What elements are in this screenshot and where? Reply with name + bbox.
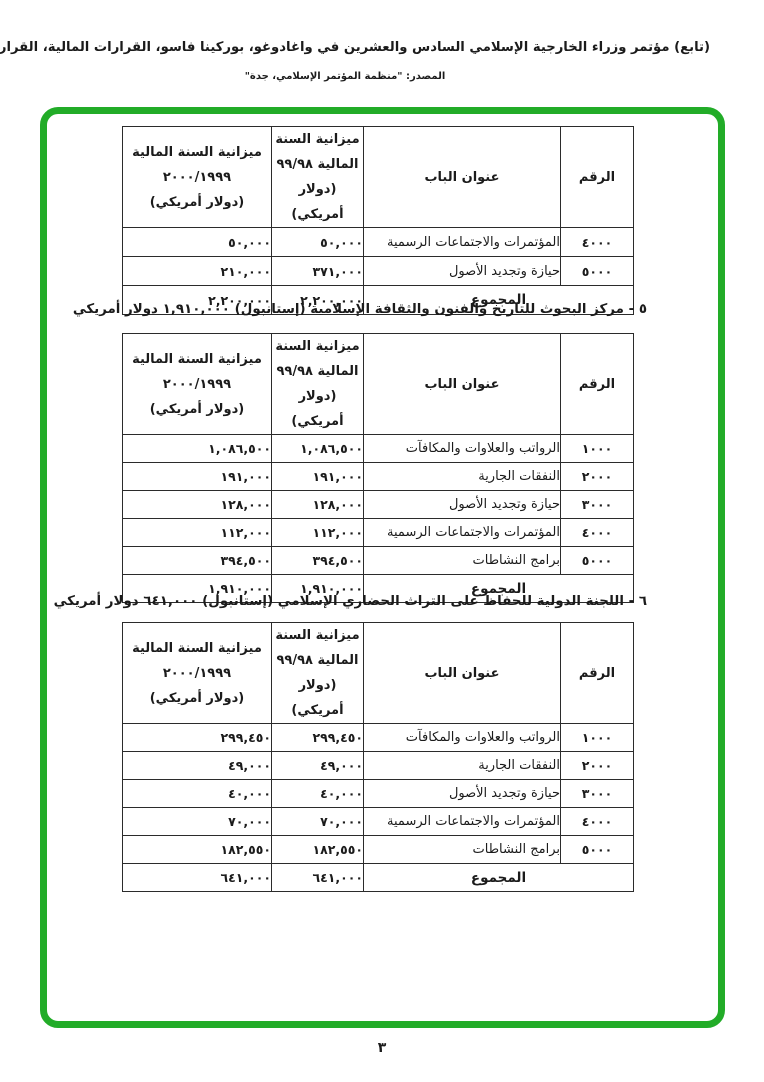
table-row: ٣٠٠٠حيازة وتجديد الأصول١٢٨,٠٠٠١٢٨,٠٠٠ (123, 491, 634, 519)
table-row: ٣٠٠٠حيازة وتجديد الأصول٤٠,٠٠٠٤٠,٠٠٠ (123, 780, 634, 808)
chapter-title-cell: المؤتمرات والاجتماعات الرسمية (364, 808, 561, 836)
document-header-line: (تابع) مؤتمر وزراء الخارجية الإسلامي الس… (0, 40, 710, 55)
col-header-budget-98-99: ميزانية السنة المالية ٩٩/٩٨ (دولار أمريك… (272, 334, 364, 435)
row-number-cell: ٥٠٠٠ (561, 547, 634, 575)
col-header-budget-1999-2000: ميزانية السنة المالية ٢٠٠٠/١٩٩٩ (دولار أ… (123, 623, 272, 724)
chapter-title-cell: الرواتب والعلاوات والمكافآت (364, 435, 561, 463)
row-number-cell: ١٠٠٠ (561, 435, 634, 463)
budget-1999-2000-cell: ٥٠,٠٠٠ (123, 228, 272, 257)
chapter-title-cell: حيازة وتجديد الأصول (364, 780, 561, 808)
section-6-title: ٦ - اللجنة الدولية للحفاظ على التراث الح… (54, 594, 647, 609)
budget-1999-2000-cell: ٤٩,٠٠٠ (123, 752, 272, 780)
total-label-cell: المجموع (364, 864, 634, 892)
budget-table: الرقمعنوان البابميزانية السنة المالية ٩٩… (122, 126, 634, 315)
source-line: المصدر: "منظمة المؤتمر الإسلامي، جدة" (180, 71, 510, 82)
budget-98-99-cell: ٣٩٤,٥٠٠ (272, 547, 364, 575)
col-header-budget-98-99: ميزانية السنة المالية ٩٩/٩٨ (دولار أمريك… (272, 127, 364, 228)
budget-table-heritage-committee: الرقمعنوان البابميزانية السنة المالية ٩٩… (122, 622, 634, 892)
total-budget-98-99-cell: ٦٤١,٠٠٠ (272, 864, 364, 892)
budget-1999-2000-cell: ٢١٠,٠٠٠ (123, 257, 272, 286)
budget-1999-2000-cell: ١٩١,٠٠٠ (123, 463, 272, 491)
table-row: ٤٠٠٠المؤتمرات والاجتماعات الرسمية٥٠,٠٠٠٥… (123, 228, 634, 257)
budget-1999-2000-cell: ١١٢,٠٠٠ (123, 519, 272, 547)
col-header-chapter: عنوان الباب (364, 127, 561, 228)
table-row: ٥٠٠٠حيازة وتجديد الأصول٣٧١,٠٠٠٢١٠,٠٠٠ (123, 257, 634, 286)
col-header-number: الرقم (561, 334, 634, 435)
budget-1999-2000-cell: ١٢٨,٠٠٠ (123, 491, 272, 519)
col-header-number: الرقم (561, 623, 634, 724)
table-row: ٢٠٠٠النفقات الجارية١٩١,٠٠٠١٩١,٠٠٠ (123, 463, 634, 491)
page-number: ٣ (0, 1040, 764, 1056)
chapter-title-cell: حيازة وتجديد الأصول (364, 257, 561, 286)
budget-1999-2000-cell: ١٨٢,٥٥٠ (123, 836, 272, 864)
chapter-title-cell: النفقات الجارية (364, 752, 561, 780)
budget-98-99-cell: ١١٢,٠٠٠ (272, 519, 364, 547)
chapter-title-cell: برامج النشاطات (364, 547, 561, 575)
budget-98-99-cell: ٤٩,٠٠٠ (272, 752, 364, 780)
table-header-row: الرقمعنوان البابميزانية السنة المالية ٩٩… (123, 334, 634, 435)
budget-1999-2000-cell: ١,٠٨٦,٥٠٠ (123, 435, 272, 463)
table-row: ٤٠٠٠المؤتمرات والاجتماعات الرسمية١١٢,٠٠٠… (123, 519, 634, 547)
chapter-title-cell: المؤتمرات والاجتماعات الرسمية (364, 519, 561, 547)
row-number-cell: ٢٠٠٠ (561, 752, 634, 780)
chapter-title-cell: برامج النشاطات (364, 836, 561, 864)
total-budget-1999-2000-cell: ٦٤١,٠٠٠ (123, 864, 272, 892)
row-number-cell: ٤٠٠٠ (561, 808, 634, 836)
budget-98-99-cell: ٤٠,٠٠٠ (272, 780, 364, 808)
chapter-title-cell: حيازة وتجديد الأصول (364, 491, 561, 519)
budget-table: الرقمعنوان البابميزانية السنة المالية ٩٩… (122, 622, 634, 892)
col-header-chapter: عنوان الباب (364, 334, 561, 435)
row-number-cell: ٤٠٠٠ (561, 519, 634, 547)
budget-1999-2000-cell: ٧٠,٠٠٠ (123, 808, 272, 836)
row-number-cell: ١٠٠٠ (561, 724, 634, 752)
budget-98-99-cell: ١,٠٨٦,٥٠٠ (272, 435, 364, 463)
row-number-cell: ٥٠٠٠ (561, 836, 634, 864)
section-5-title: ٥ - مركز البحوث للتاريخ والفنون والثقافة… (73, 302, 647, 317)
budget-table-ircica: الرقمعنوان البابميزانية السنة المالية ٩٩… (122, 333, 634, 603)
row-number-cell: ٢٠٠٠ (561, 463, 634, 491)
budget-98-99-cell: ١٩١,٠٠٠ (272, 463, 364, 491)
table-row: ٥٠٠٠برامج النشاطات١٨٢,٥٥٠١٨٢,٥٥٠ (123, 836, 634, 864)
table-header-row: الرقمعنوان البابميزانية السنة المالية ٩٩… (123, 127, 634, 228)
col-header-chapter: عنوان الباب (364, 623, 561, 724)
col-header-number: الرقم (561, 127, 634, 228)
col-header-budget-1999-2000: ميزانية السنة المالية ٢٠٠٠/١٩٩٩ (دولار أ… (123, 127, 272, 228)
budget-98-99-cell: ١٢٨,٠٠٠ (272, 491, 364, 519)
chapter-title-cell: الرواتب والعلاوات والمكافآت (364, 724, 561, 752)
budget-98-99-cell: ١٨٢,٥٥٠ (272, 836, 364, 864)
table-row: ١٠٠٠الرواتب والعلاوات والمكافآت١,٠٨٦,٥٠٠… (123, 435, 634, 463)
budget-table-continuation: الرقمعنوان البابميزانية السنة المالية ٩٩… (122, 126, 634, 315)
row-number-cell: ٣٠٠٠ (561, 780, 634, 808)
chapter-title-cell: المؤتمرات والاجتماعات الرسمية (364, 228, 561, 257)
budget-98-99-cell: ٥٠,٠٠٠ (272, 228, 364, 257)
budget-table: الرقمعنوان البابميزانية السنة المالية ٩٩… (122, 333, 634, 603)
budget-1999-2000-cell: ٣٩٤,٥٠٠ (123, 547, 272, 575)
row-number-cell: ٤٠٠٠ (561, 228, 634, 257)
budget-98-99-cell: ٢٩٩,٤٥٠ (272, 724, 364, 752)
table-row: ٥٠٠٠برامج النشاطات٣٩٤,٥٠٠٣٩٤,٥٠٠ (123, 547, 634, 575)
budget-98-99-cell: ٣٧١,٠٠٠ (272, 257, 364, 286)
chapter-title-cell: النفقات الجارية (364, 463, 561, 491)
budget-98-99-cell: ٧٠,٠٠٠ (272, 808, 364, 836)
row-number-cell: ٥٠٠٠ (561, 257, 634, 286)
col-header-budget-98-99: ميزانية السنة المالية ٩٩/٩٨ (دولار أمريك… (272, 623, 364, 724)
table-row: ٢٠٠٠النفقات الجارية٤٩,٠٠٠٤٩,٠٠٠ (123, 752, 634, 780)
table-row: ١٠٠٠الرواتب والعلاوات والمكافآت٢٩٩,٤٥٠٢٩… (123, 724, 634, 752)
row-number-cell: ٣٠٠٠ (561, 491, 634, 519)
budget-1999-2000-cell: ٢٩٩,٤٥٠ (123, 724, 272, 752)
table-row: ٤٠٠٠المؤتمرات والاجتماعات الرسمية٧٠,٠٠٠٧… (123, 808, 634, 836)
table-header-row: الرقمعنوان البابميزانية السنة المالية ٩٩… (123, 623, 634, 724)
total-row: المجموع٦٤١,٠٠٠٦٤١,٠٠٠ (123, 864, 634, 892)
budget-1999-2000-cell: ٤٠,٠٠٠ (123, 780, 272, 808)
col-header-budget-1999-2000: ميزانية السنة المالية ٢٠٠٠/١٩٩٩ (دولار أ… (123, 334, 272, 435)
